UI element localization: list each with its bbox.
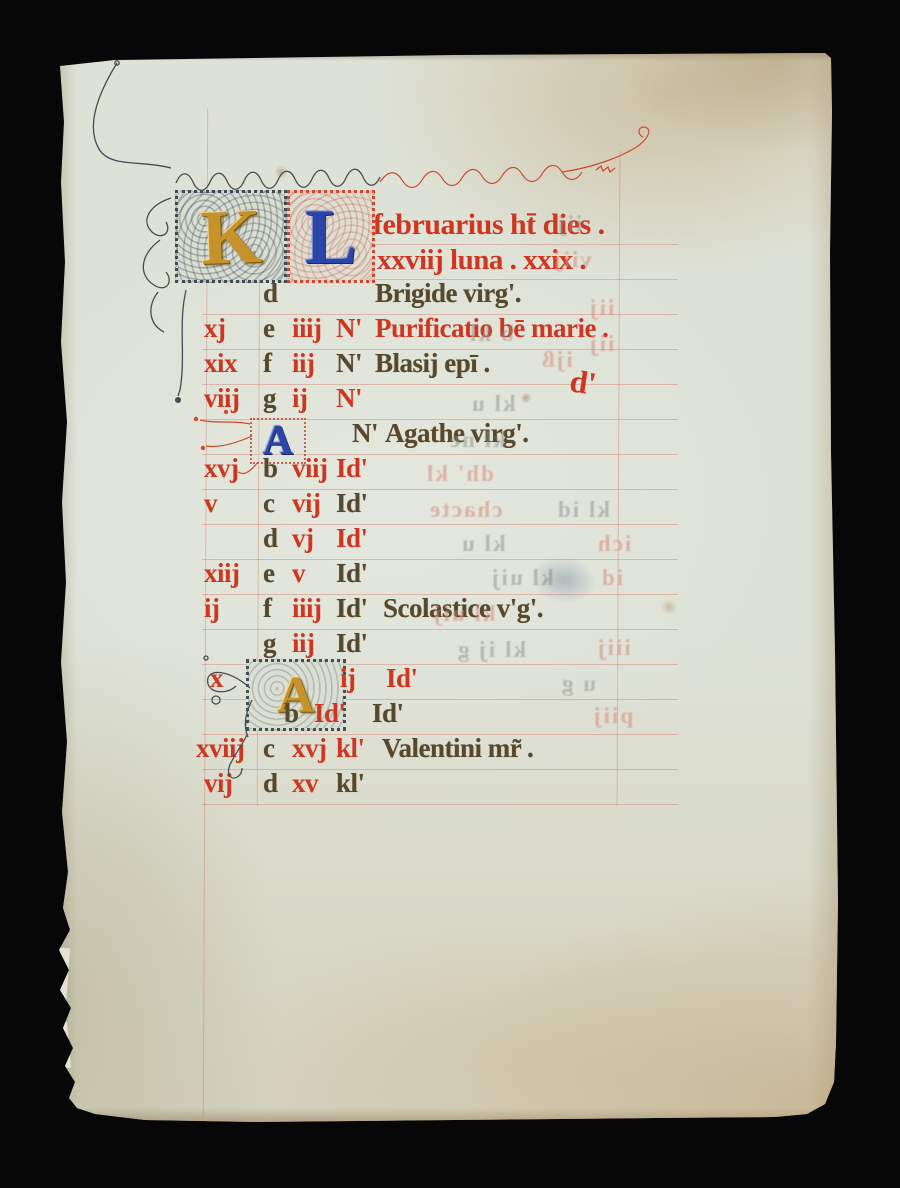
golden-number: xvj [204,455,239,482]
show-through-text: dh' kl [425,462,494,485]
dominical-letter: e [263,560,274,587]
date-abbrev: N' [336,350,362,377]
golden-number: viij [204,385,240,412]
date-numeral: v [292,560,305,587]
vellum-edge-chip [58,1022,71,1069]
illuminated-letter-k: K [199,190,263,282]
marginal-red-mark: d' [568,364,598,399]
golden-number: vij [204,770,233,797]
show-through-text: piij [592,704,633,727]
golden-number: xix [204,350,237,377]
dominical-letter: b [263,455,278,482]
feast-name: Valentini mr̃ . [382,735,533,762]
show-through-text: iij [588,296,614,319]
ruled-line-horizontal [202,804,678,805]
show-through-text: b kl [468,322,514,345]
show-through-text: iij [556,212,582,235]
show-through-text: kl uij [432,602,496,625]
date-numeral: vij [292,490,321,517]
show-through-text: iij [588,332,614,355]
show-through-text: ich [596,532,631,555]
dominical-letter: d [263,525,278,552]
date-abbrev: Id' [336,455,368,482]
show-through-text: kl u [460,532,506,555]
date-numeral: iij [292,630,315,657]
date-abbrev: N' [352,420,378,447]
date-abbrev: Id' [336,560,368,587]
show-through-text: kl id [556,498,610,521]
date-numeral: iiij [292,315,322,342]
date-numeral: xv [292,770,318,797]
show-through-text: iiij [596,636,631,659]
dominical-letter: e [263,315,274,342]
date-numeral: xvj [292,735,327,762]
show-through-text: chacte [428,498,503,521]
dominical-letter: b [284,700,299,727]
dominical-letter: d [263,280,278,307]
golden-number: xj [204,315,226,342]
date-abbrev: Id' [336,525,368,552]
feast-name: Blasij epī . [375,350,490,377]
illuminated-letter-l: L [305,192,357,282]
date-numeral: Id' [314,700,346,727]
date-abbrev: kl' [336,735,365,762]
date-abbrev: Id' [372,700,404,727]
date-abbrev: Id' [386,665,418,692]
golden-number: x [210,665,223,692]
show-through-text: kl ij g [456,638,526,661]
show-through-text: kl u [470,392,516,415]
kl-monogram-k-panel: K [175,190,287,283]
dominical-letter: f [263,350,272,377]
date-abbrev: N' [336,315,362,342]
vellum-edge-chip [56,948,70,1007]
date-numeral: ij [292,385,308,412]
date-abbrev: kl' [336,770,365,797]
manuscript-leaf: K L februarius ht̄ dies . xxviij luna . … [55,52,838,1122]
show-through-text: ijß [540,348,573,371]
show-through-text: kl ne [448,428,506,451]
kl-monogram-l-panel: L [287,190,375,283]
dominical-letter: g [263,385,276,412]
dominical-letter: c [263,735,274,762]
date-abbrev: N' [336,385,362,412]
show-through-text: viij [552,248,592,271]
show-through-blue-blot [514,542,614,618]
golden-number: ij [204,595,220,622]
date-abbrev: Id' [336,490,368,517]
date-numeral: ij [340,665,356,692]
photograph-backdrop: { "artifact_label": "Illuminated Book of… [0,0,900,1188]
dominical-letter: f [263,595,272,622]
date-abbrev: Id' [336,630,368,657]
date-numeral: iiij [292,595,322,622]
golden-number: xiij [204,560,240,587]
dominical-letter: c [263,490,274,517]
golden-number: v [204,490,217,517]
dominical-letter: g [263,630,276,657]
leaf-content: K L februarius ht̄ dies . xxviij luna . … [0,0,900,1188]
show-through-text: u g [560,672,596,695]
date-numeral: vj [292,525,314,552]
date-abbrev: Id' [336,595,368,622]
date-numeral: viij [292,455,328,482]
dominical-letter: d [263,770,278,797]
feast-name: Brigide virg'. [375,280,521,307]
date-numeral: iij [292,350,315,377]
golden-number: xviij [196,735,245,762]
